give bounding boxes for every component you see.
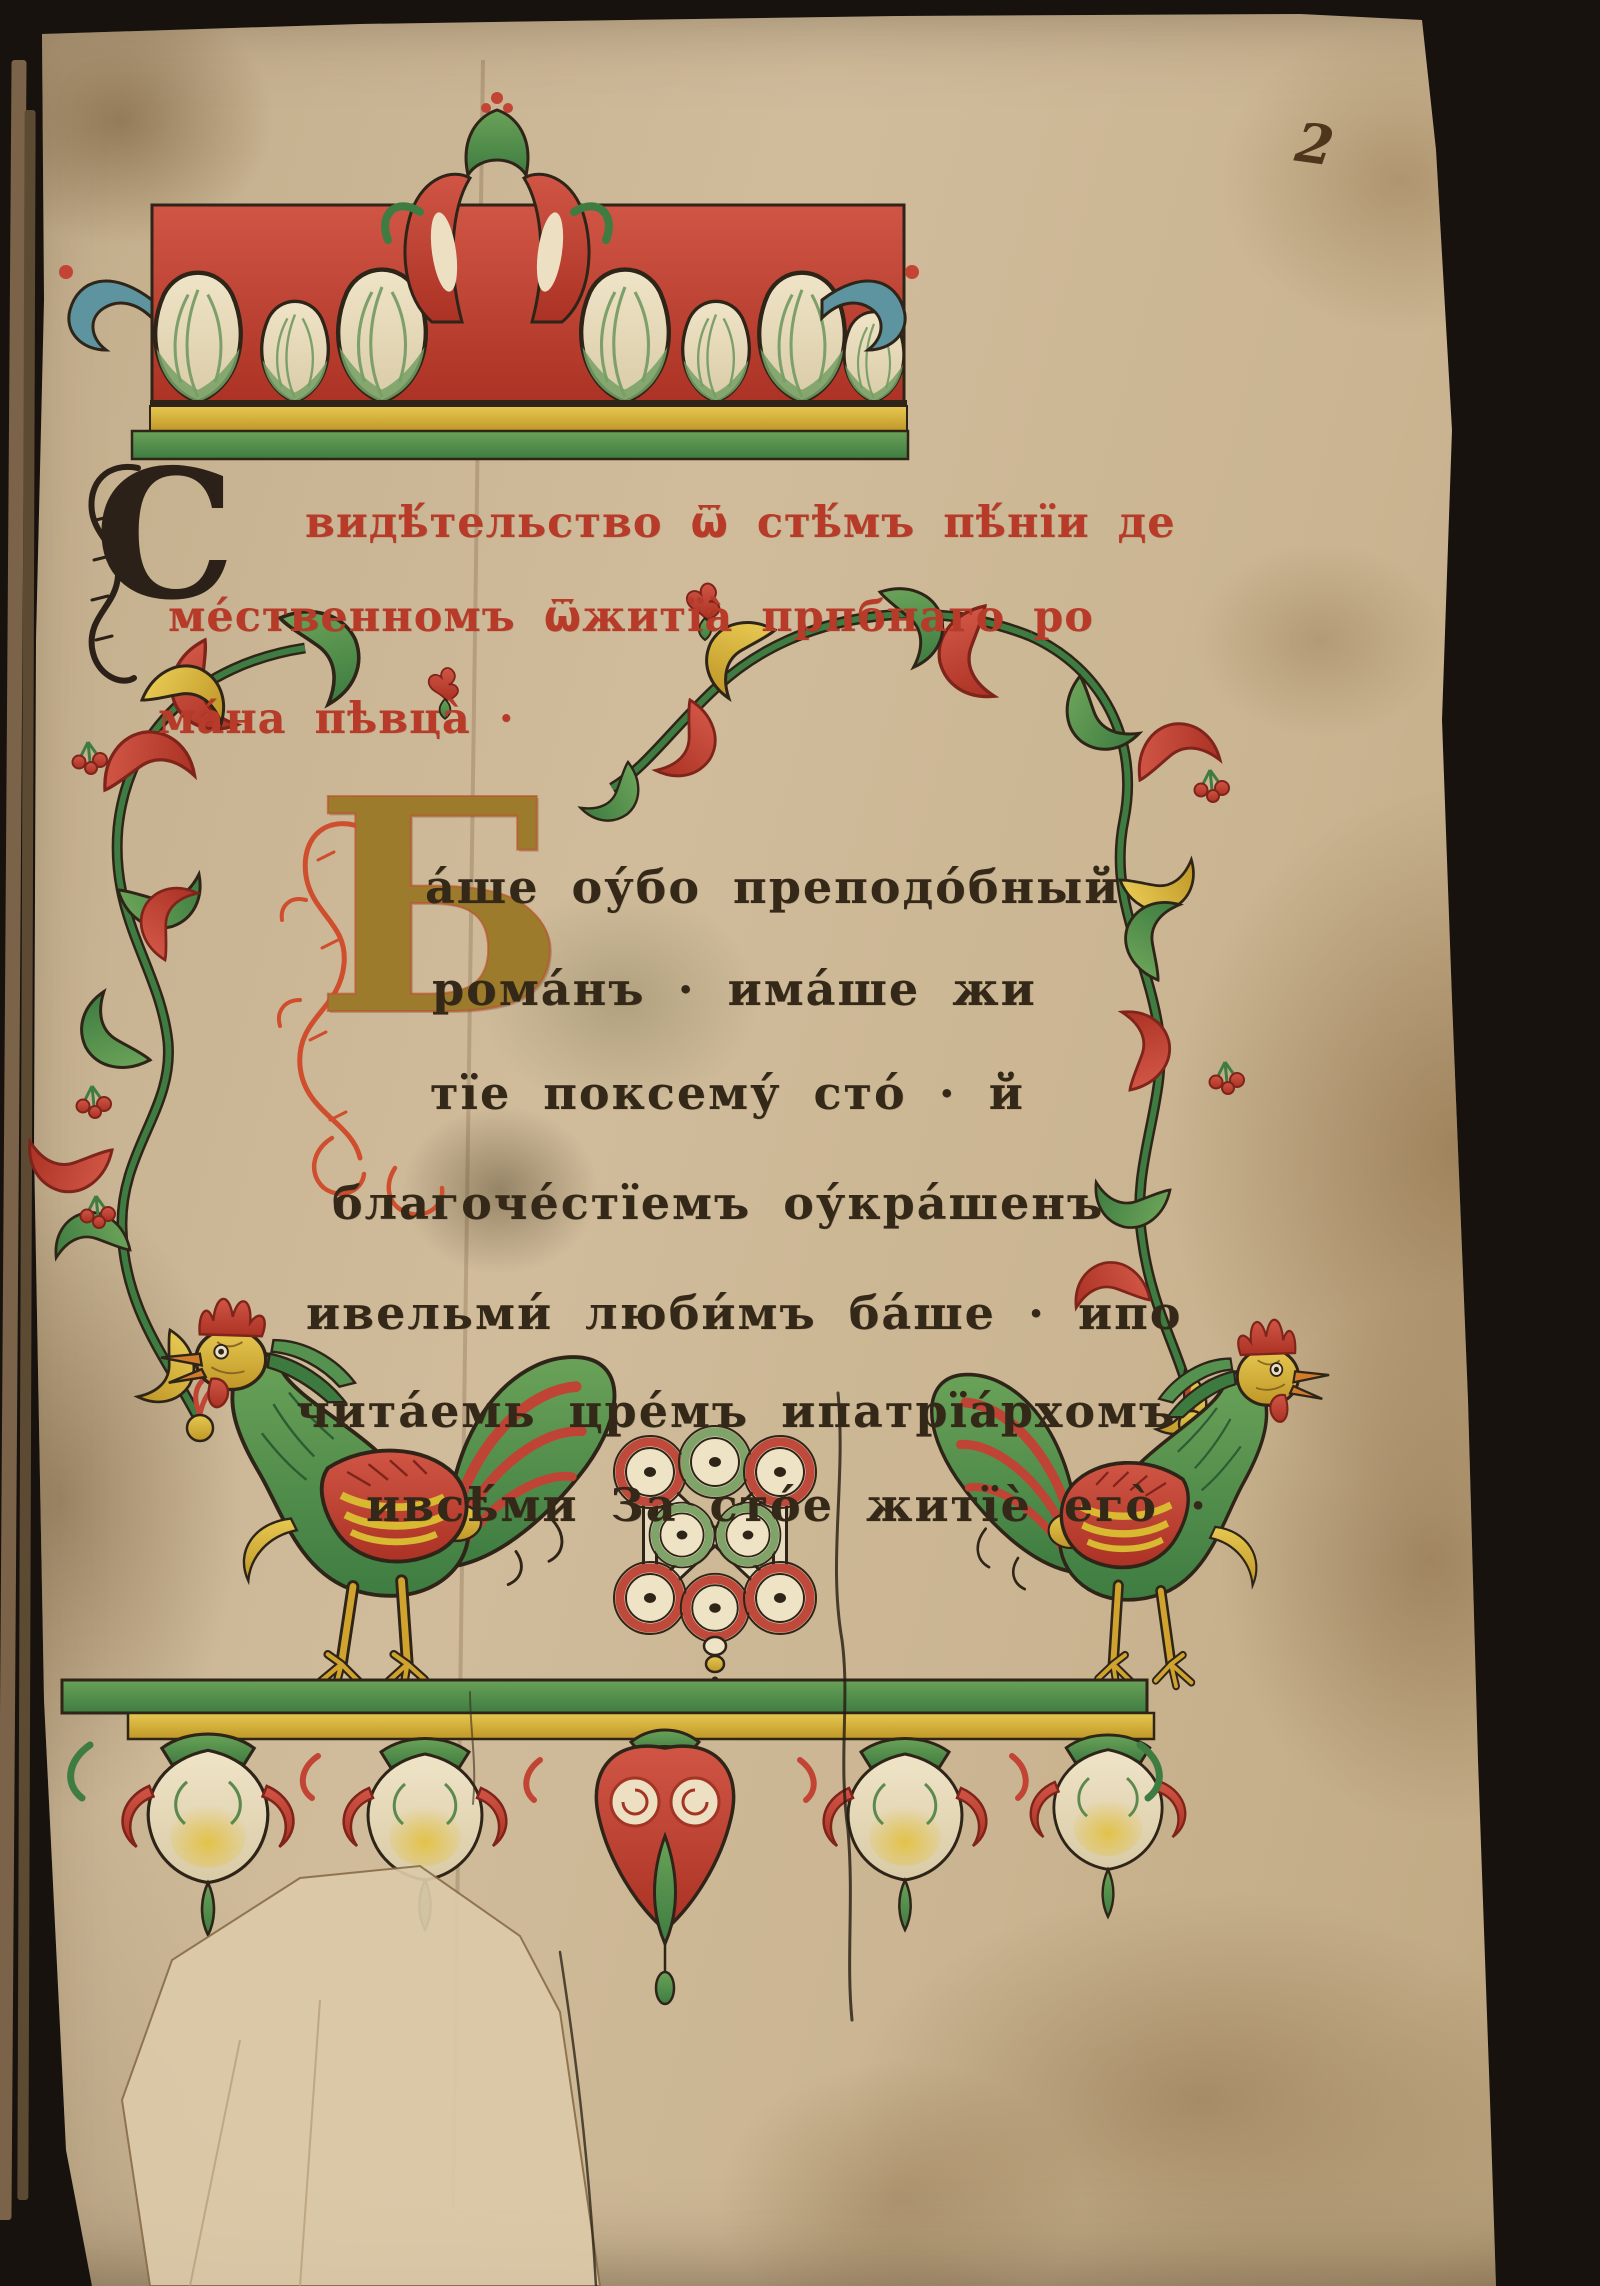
body-line: ивельми́ люби́мъ ба́ше · ипо	[306, 1286, 1182, 1340]
heading-line: ме́ственномъ ѿжитїа̀ прпбнаго ро	[168, 592, 1094, 642]
repair-patch	[122, 1866, 600, 2286]
body-line: а́ше оу́бо преподо́бный	[425, 860, 1120, 914]
headpiece-foliate	[59, 92, 919, 459]
manuscript-photo: { "manuscript": { "folio_number": "2", "…	[0, 0, 1600, 2286]
body-line: рома́нъ · има́ше жи	[432, 962, 1037, 1016]
body-line: чита́емь цре́мъ ипатрїа́рхомъ	[296, 1384, 1176, 1438]
heading-line: видѣ́тельство ѿ стѣ́мъ пѣ́нїи де	[305, 498, 1176, 548]
body-line: ивсѣ́ми За сто́е житїѐ его̀ ·	[366, 1478, 1208, 1532]
body-line: благоче́стїемъ оу́кра́шенъ	[332, 1176, 1104, 1230]
photo-background: 2 С видѣ́тельство ѿ стѣ́мъ пѣ́нїи де ме́…	[0, 0, 1600, 2286]
interlace-knot	[614, 1426, 816, 1684]
ornament-layer	[0, 0, 1600, 2286]
body-line: тїе поксему́ сто́ · й	[430, 1066, 1025, 1120]
